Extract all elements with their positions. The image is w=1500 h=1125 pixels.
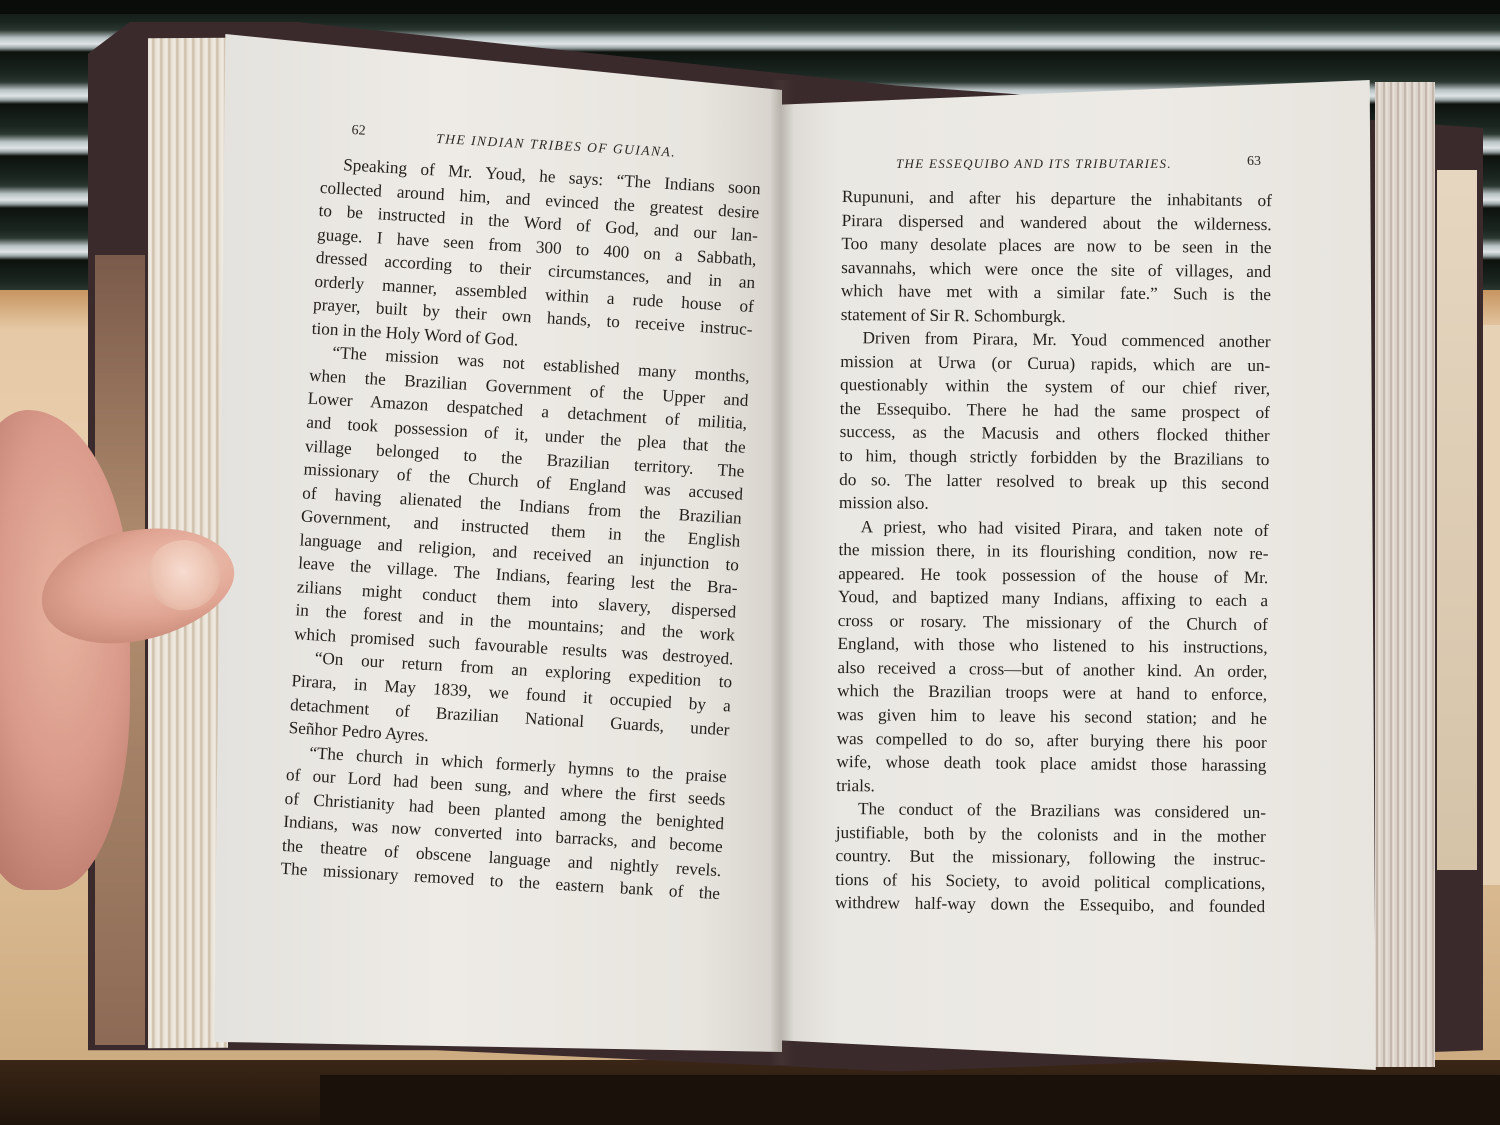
text-line: Rupununi, and after his departure the in…: [842, 185, 1272, 213]
blinds-top-shadow: [0, 0, 1500, 14]
floor-under-book: [320, 1075, 1500, 1125]
right-running-head: THE ESSEQUIBO AND ITS TRIBUTARIES.: [896, 156, 1172, 172]
book-gutter: [770, 80, 794, 1065]
text-line: to him, though strictly forbidden by the…: [839, 444, 1269, 472]
right-page-text: Rupununi, and after his departure the in…: [835, 185, 1272, 919]
text-line: withdrew half-way down the Essequibo, an…: [835, 891, 1265, 919]
page-edges-right: [1375, 82, 1435, 1067]
text-line: was given him to leave his second statio…: [837, 703, 1267, 731]
left-page-number: 62: [351, 123, 366, 140]
right-page-number: 63: [1247, 154, 1261, 170]
cover-cloth-right: [1437, 170, 1477, 870]
text-line: wife, whose death took place amidst thos…: [836, 750, 1266, 778]
left-page-text: Speaking of Mr. Youd, he says: “The Indi…: [280, 152, 761, 906]
